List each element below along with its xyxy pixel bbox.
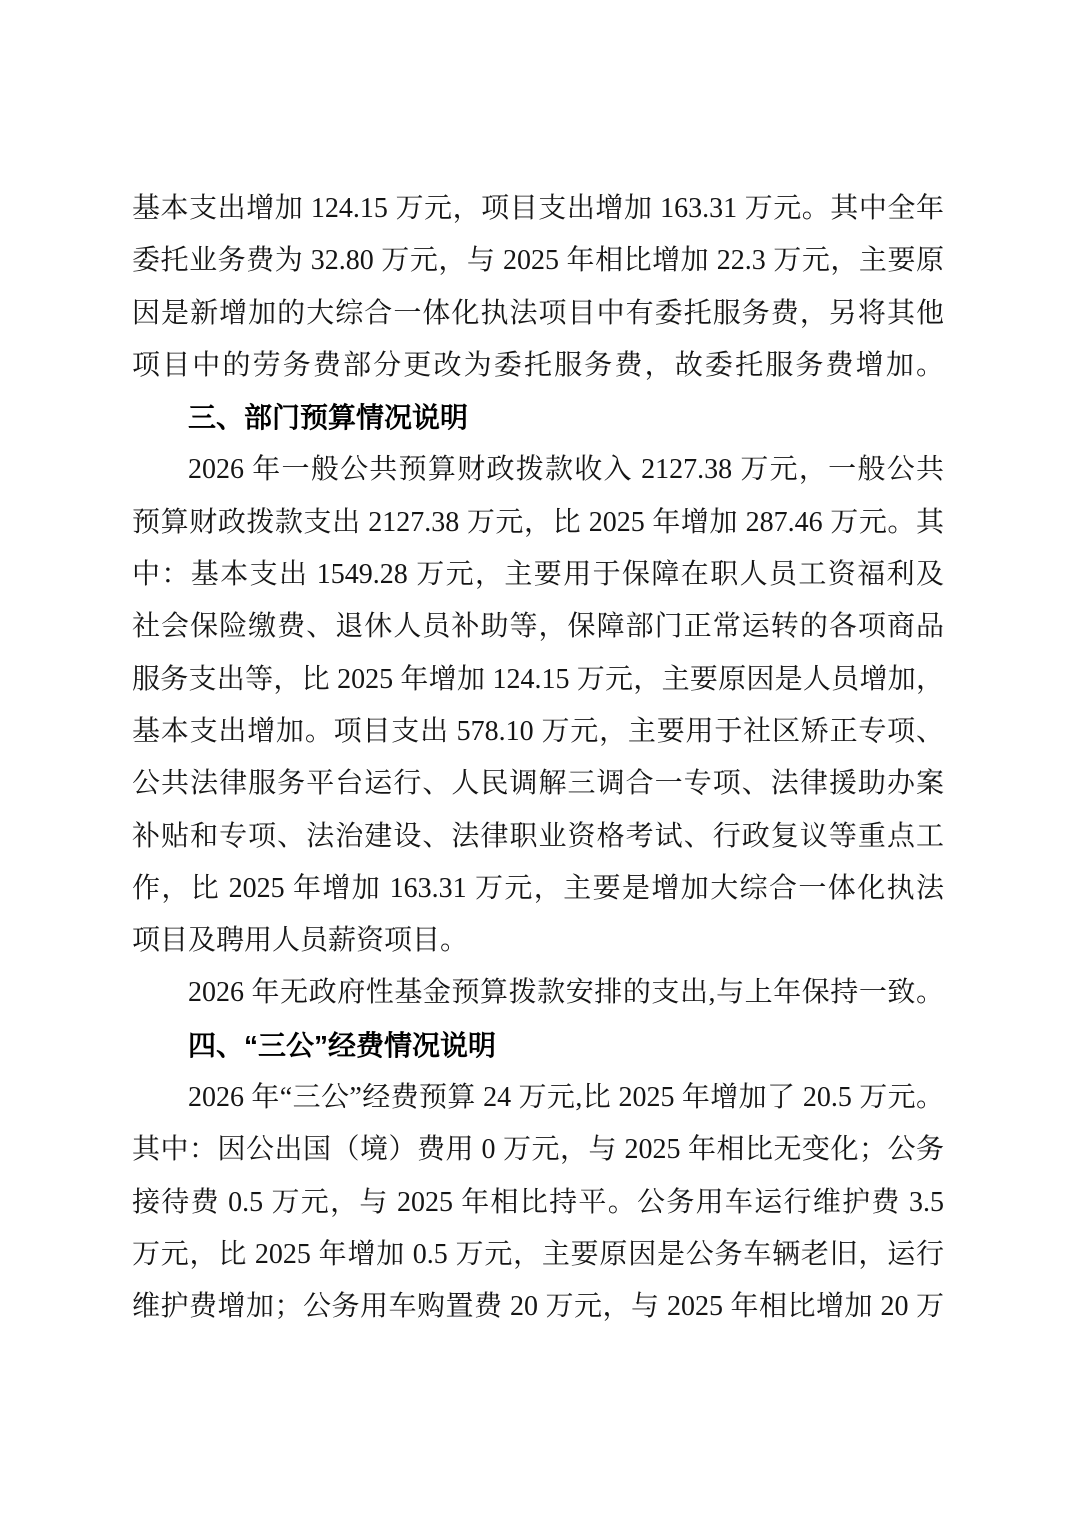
text-block: 基本支出增加 124.15 万元，项目支出增加 163.31 万元。其中全年 委… bbox=[132, 183, 944, 1334]
body-text-line: 项目及聘用人员薪资项目。 bbox=[132, 915, 944, 967]
body-text-line: 因是新增加的大综合一体化执法项目中有委托服务费，另将其他 bbox=[132, 288, 944, 340]
body-text-line: 中：基本支出 1549.28 万元，主要用于保障在职人员工资福利及 bbox=[132, 549, 944, 601]
section-heading-4: 四、“三公”经费情况说明 bbox=[132, 1020, 944, 1072]
body-text-line: 2026 年一般公共预算财政拨款收入 2127.38 万元，一般公共 bbox=[132, 444, 944, 496]
body-text-line: 补贴和专项、法治建设、法律职业资格考试、行政复议等重点工 bbox=[132, 811, 944, 863]
body-text-line: 其中：因公出国（境）费用 0 万元，与 2025 年相比无变化；公务 bbox=[132, 1124, 944, 1176]
body-text-line: 基本支出增加 124.15 万元，项目支出增加 163.31 万元。其中全年 bbox=[132, 183, 944, 235]
body-text-line: 社会保险缴费、退休人员补助等，保障部门正常运转的各项商品 bbox=[132, 601, 944, 653]
body-text-line: 2026 年无政府性基金预算拨款安排的支出,与上年保持一致。 bbox=[132, 967, 944, 1019]
body-text-line: 项目中的劳务费部分更改为委托服务费，故委托服务费增加。 bbox=[132, 340, 944, 392]
body-text-line: 维护费增加；公务用车购置费 20 万元，与 2025 年相比增加 20 万 bbox=[132, 1281, 944, 1333]
body-text-line: 预算财政拨款支出 2127.38 万元，比 2025 年增加 287.46 万元… bbox=[132, 497, 944, 549]
body-text-line: 作，比 2025 年增加 163.31 万元，主要是增加大综合一体化执法 bbox=[132, 863, 944, 915]
body-text-line: 服务支出等，比 2025 年增加 124.15 万元，主要原因是人员增加， bbox=[132, 654, 944, 706]
body-text-line: 基本支出增加。项目支出 578.10 万元，主要用于社区矫正专项、 bbox=[132, 706, 944, 758]
body-text-line: 万元，比 2025 年增加 0.5 万元，主要原因是公务车辆老旧，运行 bbox=[132, 1229, 944, 1281]
body-text-line: 接待费 0.5 万元，与 2025 年相比持平。公务用车运行维护费 3.5 bbox=[132, 1177, 944, 1229]
body-text-line: 委托业务费为 32.80 万元，与 2025 年相比增加 22.3 万元，主要原 bbox=[132, 235, 944, 287]
document-page: 基本支出增加 124.15 万元，项目支出增加 163.31 万元。其中全年 委… bbox=[0, 0, 1074, 1520]
body-text-line: 2026 年“三公”经费预算 24 万元,比 2025 年增加了 20.5 万元… bbox=[132, 1072, 944, 1124]
body-text-line: 公共法律服务平台运行、人民调解三调合一专项、法律援助办案 bbox=[132, 758, 944, 810]
section-heading-3: 三、部门预算情况说明 bbox=[132, 392, 944, 444]
